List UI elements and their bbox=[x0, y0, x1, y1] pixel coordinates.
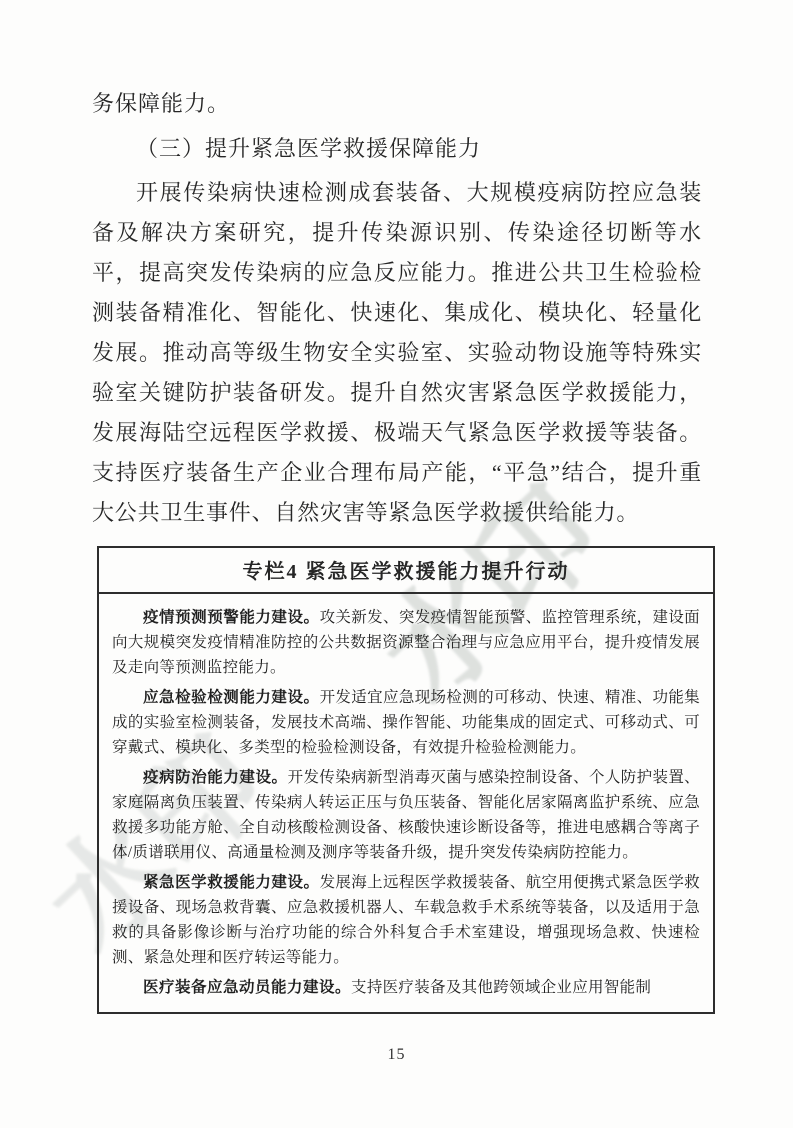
main-text-block: 务保障能力。 （三）提升紧急医学救援保障能力 开展传染病快速检测成套装备、大规模… bbox=[92, 84, 702, 533]
page-content: 务保障能力。 （三）提升紧急医学救援保障能力 开展传染病快速检测成套装备、大规模… bbox=[0, 0, 793, 1128]
column4-panel: 专栏4 紧急医学救援能力提升行动 疫情预测预警能力建设。攻关新发、突发疫情智能预… bbox=[97, 546, 715, 1014]
page-number: 15 bbox=[0, 1046, 793, 1064]
section-heading: （三）提升紧急医学救援保障能力 bbox=[92, 129, 702, 169]
paragraph-lead: 疫情预测预警能力建设。 bbox=[143, 609, 320, 626]
panel-body: 疫情预测预警能力建设。攻关新发、突发疫情智能预警、监控管理系统，建设面向大规模突… bbox=[99, 594, 713, 1012]
panel-paragraph-emergency-mobilization: 医疗装备应急动员能力建设。支持医疗装备及其他跨领域企业应用智能制 bbox=[112, 975, 700, 1000]
panel-title: 专栏4 紧急医学救援能力提升行动 bbox=[99, 548, 713, 594]
paragraph-lead: 疫病防治能力建设。 bbox=[143, 769, 288, 786]
paragraph-text: 支持医疗装备及其他跨领域企业应用智能制 bbox=[351, 979, 651, 996]
paragraph-lead: 应急检验检测能力建设。 bbox=[143, 689, 320, 706]
panel-paragraph-epidemic-forecast: 疫情预测预警能力建设。攻关新发、突发疫情智能预警、监控管理系统，建设面向大规模突… bbox=[112, 605, 700, 680]
body-paragraph: 开展传染病快速检测成套装备、大规模疫病防控应急装备及解决方案研究，提升传染源识别… bbox=[92, 173, 702, 533]
paragraph-lead: 医疗装备应急动员能力建设。 bbox=[143, 979, 351, 996]
paragraph-lead: 紧急医学救援能力建设。 bbox=[143, 874, 320, 891]
panel-paragraph-disease-prevention: 疫病防治能力建设。开发传染病新型消毒灭菌与感染控制设备、个人防护装置、家庭隔离负… bbox=[112, 765, 700, 865]
continued-paragraph-line: 务保障能力。 bbox=[92, 84, 702, 124]
document-page: { "page": { "number": "15" }, "watermark… bbox=[0, 0, 793, 1128]
panel-paragraph-medical-rescue: 紧急医学救援能力建设。发展海上远程医学救援装备、航空用便携式紧急医学救援设备、现… bbox=[112, 870, 700, 970]
panel-paragraph-emergency-testing: 应急检验检测能力建设。开发适宜应急现场检测的可移动、快速、精准、功能集成的实验室… bbox=[112, 685, 700, 760]
